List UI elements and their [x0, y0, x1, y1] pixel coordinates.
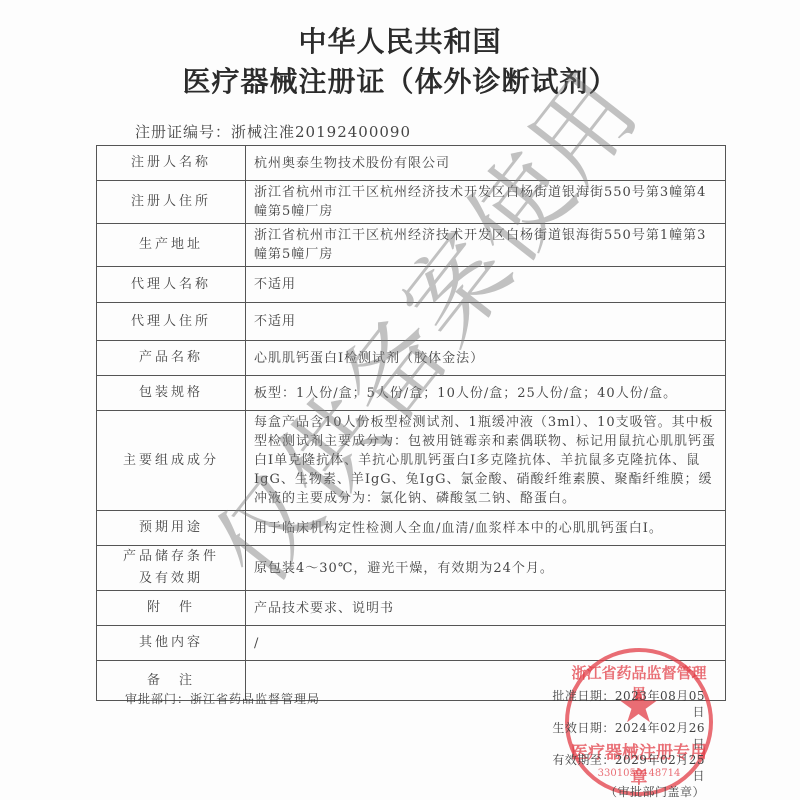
table-row: 代理人名称 不适用 [97, 267, 726, 303]
table-row: 包装规格 板型：1人份/盒；5人份/盒；10人份/盒；25人份/盒；40人份/盒… [97, 376, 726, 411]
field-value: 原包装4～30℃，避光干燥，有效期为24个月。 [246, 546, 726, 591]
field-label: 注册人名称 [97, 146, 246, 181]
field-label: 注册人住所 [97, 181, 246, 224]
field-value: 板型：1人份/盒；5人份/盒；10人份/盒；25人份/盒；40人份/盒。 [246, 376, 726, 411]
field-value: 不适用 [246, 267, 726, 303]
expiry-date: 有效期至：2029年02月25日 [545, 752, 705, 784]
approval-department: 审批部门：浙江省药品监督管理局 [125, 690, 320, 707]
field-label: 代理人名称 [97, 267, 246, 303]
field-label: 附 件 [97, 591, 246, 626]
field-value: 浙江省杭州市江干区杭州经济技术开发区白杨街道银海街550号第1幢第3幢第5幢厂房 [246, 224, 726, 267]
table-row: 注册人名称 杭州奥泰生物技术股份有限公司 [97, 146, 726, 181]
registration-number-value: 浙械注准20192400090 [231, 123, 411, 141]
field-label: 生产地址 [97, 224, 246, 267]
dates-block: 批准日期：2023年08月05日 生效日期：2024年02月26日 有效期至：2… [545, 688, 705, 800]
effective-date: 生效日期：2024年02月26日 [545, 720, 705, 752]
registration-number: 注册证编号：浙械注准20192400090 [135, 121, 411, 142]
field-value: 产品技术要求、说明书 [246, 591, 726, 626]
certificate-table: 注册人名称 杭州奥泰生物技术股份有限公司 注册人住所 浙江省杭州市江干区杭州经济… [96, 145, 726, 701]
field-value: 不适用 [246, 303, 726, 341]
field-label: 产品名称 [97, 341, 246, 376]
field-value: 每盒产品含10人份板型检测试剂、1瓶缓冲液（3ml）、10支吸管。其中板型检测试… [246, 411, 726, 511]
table-row: 附 件 产品技术要求、说明书 [97, 591, 726, 626]
table-row: 注册人住所 浙江省杭州市江干区杭州经济技术开发区白杨街道银海街550号第3幢第4… [97, 181, 726, 224]
table-row: 代理人住所 不适用 [97, 303, 726, 341]
field-label: 包装规格 [97, 376, 246, 411]
table-row: 产品储存条件及有效期 原包装4～30℃，避光干燥，有效期为24个月。 [97, 546, 726, 591]
field-label: 代理人住所 [97, 303, 246, 341]
field-label: 其他内容 [97, 626, 246, 661]
table-row: 主要组成成分 每盒产品含10人份板型检测试剂、1瓶缓冲液（3ml）、10支吸管。… [97, 411, 726, 511]
field-label: 主要组成成分 [97, 411, 246, 511]
document-title-country: 中华人民共和国 [0, 20, 800, 60]
document-title: 医疗器械注册证（体外诊断试剂） [0, 60, 800, 100]
seal-note: （审批部门盖章） [545, 784, 705, 800]
field-value: 杭州奥泰生物技术股份有限公司 [246, 146, 726, 181]
field-label: 预期用途 [97, 511, 246, 546]
table-row: 生产地址 浙江省杭州市江干区杭州经济技术开发区白杨街道银海街550号第1幢第3幢… [97, 224, 726, 267]
field-value: 用于临床机构定性检测人全血/血清/血浆样本中的心肌肌钙蛋白I。 [246, 511, 726, 546]
field-value: 心肌肌钙蛋白I检测试剂（胶体金法） [246, 341, 726, 376]
field-value: 浙江省杭州市江干区杭州经济技术开发区白杨街道银海街550号第3幢第4幢第5幢厂房 [246, 181, 726, 224]
table-row: 产品名称 心肌肌钙蛋白I检测试剂（胶体金法） [97, 341, 726, 376]
field-label: 产品储存条件及有效期 [97, 546, 246, 591]
approval-date: 批准日期：2023年08月05日 [545, 688, 705, 720]
table-row: 预期用途 用于临床机构定性检测人全血/血清/血浆样本中的心肌肌钙蛋白I。 [97, 511, 726, 546]
registration-number-label: 注册证编号： [135, 123, 231, 141]
